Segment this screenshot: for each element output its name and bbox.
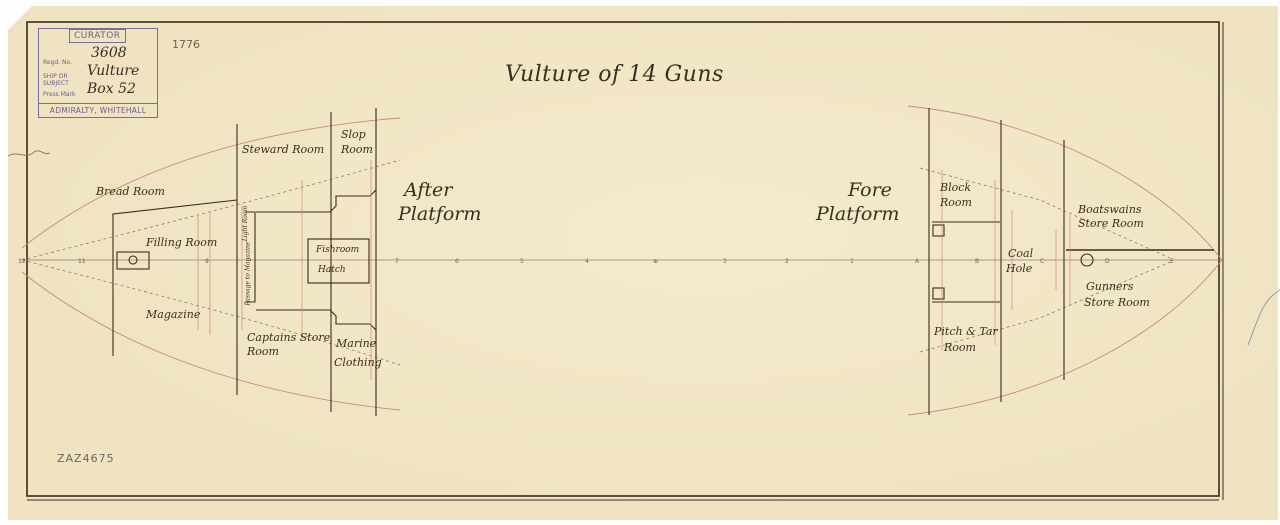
label-bread-room: Bread Room [96,185,165,199]
svg-text:A: A [915,258,920,265]
label-slop-room-2: Room [341,143,373,157]
stamp-footer: ADMIRALTY, WHITEHALL [39,103,157,117]
svg-text:7: 7 [395,258,399,265]
year-annotation: 1776 [172,38,200,51]
label-magazine: Magazine [146,308,200,322]
label-gunners-1: Gunners [1086,280,1133,294]
label-marine-clothing-2: Clothing [334,356,382,370]
svg-text:6: 6 [455,258,459,265]
fore-platform-heading-1: Fore [848,178,892,202]
label-pitch-tar-2: Room [944,341,976,355]
svg-text:5: 5 [520,258,524,265]
label-coal-hole-2: Hole [1006,262,1032,276]
stamp-subject-value: Vulture [87,63,139,79]
svg-text:12: 12 [18,258,26,265]
svg-text:2: 2 [785,258,789,265]
stamp-press-value: Box 52 [87,81,136,97]
fore-platform-heading-2: Platform [816,202,899,226]
svg-text:B: B [975,258,979,265]
label-fishroom-2: Hatch [318,263,346,277]
reference-number: ZAZ4675 [57,452,115,465]
label-filling-room: Filling Room [146,236,217,250]
label-pitch-tar-1: Pitch & Tar [934,325,998,339]
svg-text:11: 11 [78,258,86,265]
label-slop-room-1: Slop [341,128,366,142]
label-gunners-2: Store Room [1084,296,1150,310]
label-captains-store-1: Captains Store [247,331,330,345]
label-boatswains-1: Boatswains [1078,203,1142,217]
svg-text:9: 9 [205,258,209,265]
label-coal-hole-1: Coal [1008,247,1033,261]
label-captains-store-2: Room [247,345,279,359]
svg-text:1: 1 [850,258,854,265]
svg-text:⊕: ⊕ [653,258,658,265]
stamp-regd-value: 3608 [91,45,127,61]
drawing-title: Vulture of 14 Guns [505,62,724,87]
label-fishroom-1: Fishroom [316,243,359,257]
svg-text:D: D [1105,258,1110,265]
curator-stamp: CURATOR Regd. No. 3608 SHIP OR SUBJECT V… [38,28,158,118]
label-block-room-1: Block [940,181,971,195]
stamp-subject-label: SHIP OR SUBJECT [43,73,83,87]
label-block-room-2: Room [940,196,972,210]
after-platform-heading-2: Platform [398,202,481,226]
svg-text:C: C [1040,258,1044,265]
stamp-regd-label: Regd. No. [43,59,72,66]
svg-text:E: E [1170,258,1174,265]
label-boatswains-2: Store Room [1078,217,1144,231]
svg-text:3: 3 [723,258,727,265]
label-steward-room: Steward Room [242,143,324,157]
stamp-header: CURATOR [69,29,126,43]
label-passage: Passage to Magazine [244,242,251,306]
label-marine-clothing-1: Marine [336,337,376,351]
svg-text:4: 4 [585,258,589,265]
after-platform-heading-1: After [404,178,452,202]
label-light-room: Light Room [242,206,249,241]
stamp-press-label: Press Mark [43,91,76,98]
